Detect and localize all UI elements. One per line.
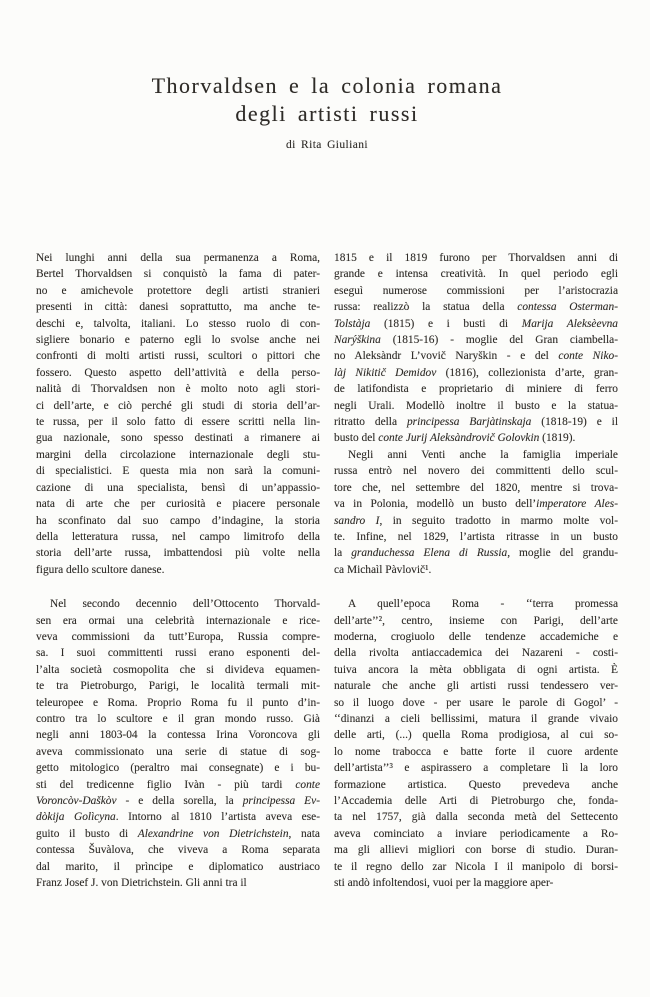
text-line: te tra Pietroburgo, Parigi, le località … bbox=[36, 678, 320, 694]
left-column: Nei lunghi anni della sua permanenza a R… bbox=[36, 250, 320, 891]
text-line: figura dello scultore danese. bbox=[36, 562, 320, 578]
text-line: cazione di una specialista, bensì di un’… bbox=[36, 480, 320, 496]
text-line: formazione artistica. Questo prevedeva a… bbox=[334, 777, 618, 793]
text-line: sti del tredicenne figlio Ivàn - più tar… bbox=[36, 777, 320, 793]
text-line: fossero. Questo aspetto dell’attività e … bbox=[36, 365, 320, 381]
text-line: Nel secondo decennio dell’Ottocento Thor… bbox=[36, 596, 320, 612]
text-line: veva commissioni da tutt’Europa, Russia … bbox=[36, 629, 320, 645]
text-line: dell’arte’’², centro, insieme con Parigi… bbox=[334, 613, 618, 629]
text-line: te il regno dello zar Nicola I il manipo… bbox=[334, 859, 618, 875]
text-line: Negli anni Venti anche la famiglia imper… bbox=[334, 447, 618, 463]
paragraph: 1815 e il 1819 furono per Thorvaldsen an… bbox=[334, 250, 618, 447]
paragraph: Nel secondo decennio dell’Ottocento Thor… bbox=[36, 596, 320, 891]
text-line: presenti in città: danesi soprattutto, m… bbox=[36, 299, 320, 315]
text-line: aveva cominciato a inviare periodicament… bbox=[334, 826, 618, 842]
text-line: ca Michaìl Pàvlovič¹. bbox=[334, 562, 618, 578]
text-line: nata di arte che per curiosità e piacere… bbox=[36, 496, 320, 512]
article-body: Nei lunghi anni della sua permanenza a R… bbox=[36, 250, 618, 891]
page-title: Thorvaldsen e la colonia romana degli ar… bbox=[36, 72, 618, 128]
text-line: 1815 e il 1819 furono per Thorvaldsen an… bbox=[334, 250, 618, 266]
text-line: deschi e, talvolta, italiani. Lo stesso … bbox=[36, 316, 320, 332]
text-line: sandro I, in seguito tradotto in marmo m… bbox=[334, 513, 618, 529]
right-column: 1815 e il 1819 furono per Thorvaldsen an… bbox=[334, 250, 618, 891]
text-line: Nei lunghi anni della sua permanenza a R… bbox=[36, 250, 320, 266]
text-line: sigliere bonario e paterno egli lo svols… bbox=[36, 332, 320, 348]
text-line: te. Infine, nel 1829, l’artista ritrasse… bbox=[334, 529, 618, 545]
text-line: confronti di molti artisti russi, sculto… bbox=[36, 348, 320, 364]
text-line: getto mitologico (peraltro mai consegnat… bbox=[36, 760, 320, 776]
text-line: busto del conte Jurij Aleksàndrovič Golo… bbox=[334, 430, 618, 446]
title-line-2: degli artisti russi bbox=[36, 100, 618, 128]
text-line: contessa Šuvàlova, che viveva a Roma sep… bbox=[36, 842, 320, 858]
text-line: delle arti, (...) quella Roma prodigiosa… bbox=[334, 727, 618, 743]
text-line: te russa, per il solo fatto di essere sc… bbox=[36, 414, 320, 430]
text-line: aveva commissionato una serie di statue … bbox=[36, 744, 320, 760]
paragraph: Nei lunghi anni della sua permanenza a R… bbox=[36, 250, 320, 578]
text-line: l’Accademia delle Arti di Pietroburgo ch… bbox=[334, 793, 618, 809]
text-line: sa. I suoi committenti russi erano espon… bbox=[36, 645, 320, 661]
text-line: dòkija Golìcyna. Intorno al 1810 l’artis… bbox=[36, 809, 320, 825]
text-line: eseguì numerose commissioni per l’aristo… bbox=[334, 283, 618, 299]
text-line: tuiva ancora la mèta obbligata di ogni a… bbox=[334, 662, 618, 678]
text-line: Tolstàja (1815) e i busti di Marija Alek… bbox=[334, 316, 618, 332]
text-line: moderna, crogiuolo delle tendenze accade… bbox=[334, 629, 618, 645]
text-line: Bertel Thorvaldsen si conquistò la fama … bbox=[36, 266, 320, 282]
text-line: negli Urali. Modellò inoltre il busto e … bbox=[334, 398, 618, 414]
text-line: Voroncòv-Daškòv - e della sorella, la pr… bbox=[36, 793, 320, 809]
text-line: l’alta società cosmopolita che si divide… bbox=[36, 662, 320, 678]
text-line: ha sconfinato dal suo campo d’indagine, … bbox=[36, 513, 320, 529]
text-line: de latifondista e proprietario di minier… bbox=[334, 381, 618, 397]
text-line: ritratto della principessa Barjàtinskaja… bbox=[334, 414, 618, 430]
text-line: gua nazionale, sono spesso destinati a r… bbox=[36, 430, 320, 446]
text-line: Narýškina (1815-16) - moglie del Gran ci… bbox=[334, 332, 618, 348]
text-line: grande e intensa creatività. In quel per… bbox=[334, 266, 618, 282]
text-line: naturale che anche gli artisti russi ten… bbox=[334, 678, 618, 694]
text-line: ma gli allievi migliori con borse di stu… bbox=[334, 842, 618, 858]
title-line-1: Thorvaldsen e la colonia romana bbox=[36, 72, 618, 100]
text-line: nalità di Thorvaldsen non è molto noto a… bbox=[36, 381, 320, 397]
text-line: russa: realizzò la statua della contessa… bbox=[334, 299, 618, 315]
text-line: la granduchessa Elena di Russia, moglie … bbox=[334, 545, 618, 561]
text-line: A quell’epoca Roma - ‘‘terra promessa bbox=[334, 596, 618, 612]
text-line: contro tra lo scultore e il gran mondo r… bbox=[36, 711, 320, 727]
text-line: della letteratura russa, nel campo limit… bbox=[36, 529, 320, 545]
text-line: lo nome trabocca e batte forte il cuore … bbox=[334, 744, 618, 760]
byline: di Rita Giuliani bbox=[36, 139, 618, 151]
text-line: guito il busto di Alexandrine von Dietri… bbox=[36, 826, 320, 842]
text-line: ta nel 1757, già dalla seconda metà del … bbox=[334, 809, 618, 825]
paragraph: Negli anni Venti anche la famiglia imper… bbox=[334, 447, 618, 578]
text-line: va in Polonia, modellò un busto dell’imp… bbox=[334, 496, 618, 512]
text-line: margini della circolazione internazional… bbox=[36, 447, 320, 463]
text-line: russa entrò nel novero dei committenti d… bbox=[334, 463, 618, 479]
text-line: dal marito, il prìncipe e diplomatico au… bbox=[36, 859, 320, 875]
text-line: teleuropee e Roma. Proprio Roma fu il pu… bbox=[36, 695, 320, 711]
text-line: negli anni 1803-04 la contessa Irina Vor… bbox=[36, 727, 320, 743]
paragraph: A quell’epoca Roma - ‘‘terra promessadel… bbox=[334, 596, 618, 891]
text-line: ci dell’arte, e ciò perché gli studi di … bbox=[36, 398, 320, 414]
text-line: tore che, nel settembre del 1820, mentre… bbox=[334, 480, 618, 496]
text-line: no e amichevole protettore degli artisti… bbox=[36, 283, 320, 299]
text-line: no Aleksàndr L’vovič Naryškin - e del co… bbox=[334, 348, 618, 364]
text-line: storia dell’arte russa, imbattendosi più… bbox=[36, 545, 320, 561]
text-line: làj Nikitič Demidov (1816), collezionist… bbox=[334, 365, 618, 381]
text-line: ‘‘dinanzi a cieli bellissimi, matura il … bbox=[334, 711, 618, 727]
document-page: Thorvaldsen e la colonia romana degli ar… bbox=[0, 0, 650, 997]
text-line: della rivolta antiaccademica dei Nazaren… bbox=[334, 645, 618, 661]
text-line: sti andò infoltendosi, vuoi per la maggi… bbox=[334, 875, 618, 891]
text-line: sen era ormai una celebrità internaziona… bbox=[36, 613, 320, 629]
text-line: so il luogo dove - per usare le parole d… bbox=[334, 695, 618, 711]
text-line: di specialistici. E questa mia non sarà … bbox=[36, 463, 320, 479]
text-line: Franz Josef J. von Dietrichstein. Gli an… bbox=[36, 875, 320, 891]
text-line: dell’artista’’³ e aspirassero a completa… bbox=[334, 760, 618, 776]
